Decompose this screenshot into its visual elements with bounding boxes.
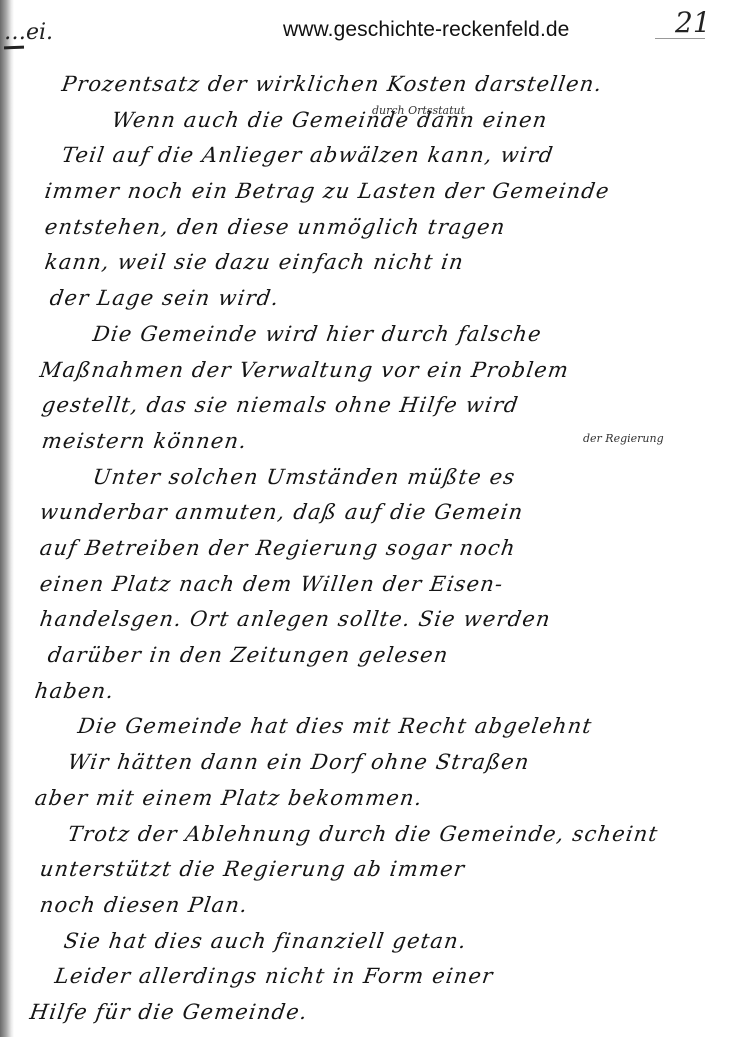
handwritten-line: haben. — [33, 679, 116, 703]
handwritten-line: aber mit einem Platz bekommen. — [33, 786, 424, 810]
handwritten-line: Die Gemeinde wird hier durch falsche — [91, 322, 543, 346]
handwritten-line: Unter solchen Umständen müßte es — [91, 465, 517, 489]
handwritten-line: darüber in den Zeitungen gelesen — [46, 643, 450, 667]
handwritten-line: Leider allerdings nicht in Form einer — [53, 964, 495, 988]
handwritten-line: noch diesen Plan. — [38, 893, 249, 917]
handwritten-line: Wenn auch die Gemeinde dann einen — [110, 108, 549, 132]
handwritten-line: gestellt, das sie niemals ohne Hilfe wir… — [40, 393, 520, 417]
handwritten-line: meistern können. — [40, 429, 249, 453]
handwritten-line: Prozentsatz der wirklichen Kosten darste… — [60, 72, 604, 96]
handwritten-line: Die Gemeinde hat dies mit Recht abgelehn… — [76, 714, 594, 738]
handwritten-line: kann, weil sie dazu einfach nicht in — [43, 250, 465, 274]
handwritten-line: Sie hat dies auch finanziell getan. — [62, 929, 468, 953]
handwritten-line: unterstützt die Regierung ab immer — [38, 857, 466, 881]
handwritten-line: einen Platz nach dem Willen der Eisen- — [38, 572, 505, 596]
manuscript-body: Prozentsatz der wirklichen Kosten darste… — [0, 0, 740, 1037]
handwritten-line: wunderbar anmuten, daß auf die Gemein — [38, 500, 525, 524]
handwritten-line: Hilfe für die Gemeinde. — [28, 1000, 309, 1024]
handwritten-line: immer noch ein Betrag zu Lasten der Geme… — [43, 179, 611, 203]
handwritten-line: handelsgen. Ort anlegen sollte. Sie werd… — [38, 607, 552, 631]
handwritten-line: Maßnahmen der Verwaltung vor ein Problem — [38, 358, 571, 382]
handwritten-line: Teil auf die Anlieger abwälzen kann, wir… — [60, 143, 555, 167]
handwritten-line: Trotz der Ablehnung durch die Gemeinde, … — [66, 822, 660, 846]
handwritten-line: entstehen, den diese unmöglich tragen — [43, 215, 507, 239]
margin-annotation: durch Ortsstatut — [372, 104, 465, 117]
margin-annotation: der Regierung — [583, 432, 664, 445]
handwritten-line: auf Betreiben der Regierung sogar noch — [38, 536, 517, 560]
handwritten-line: Wir hätten dann ein Dorf ohne Straßen — [66, 750, 531, 774]
handwritten-line: der Lage sein wird. — [48, 286, 281, 310]
